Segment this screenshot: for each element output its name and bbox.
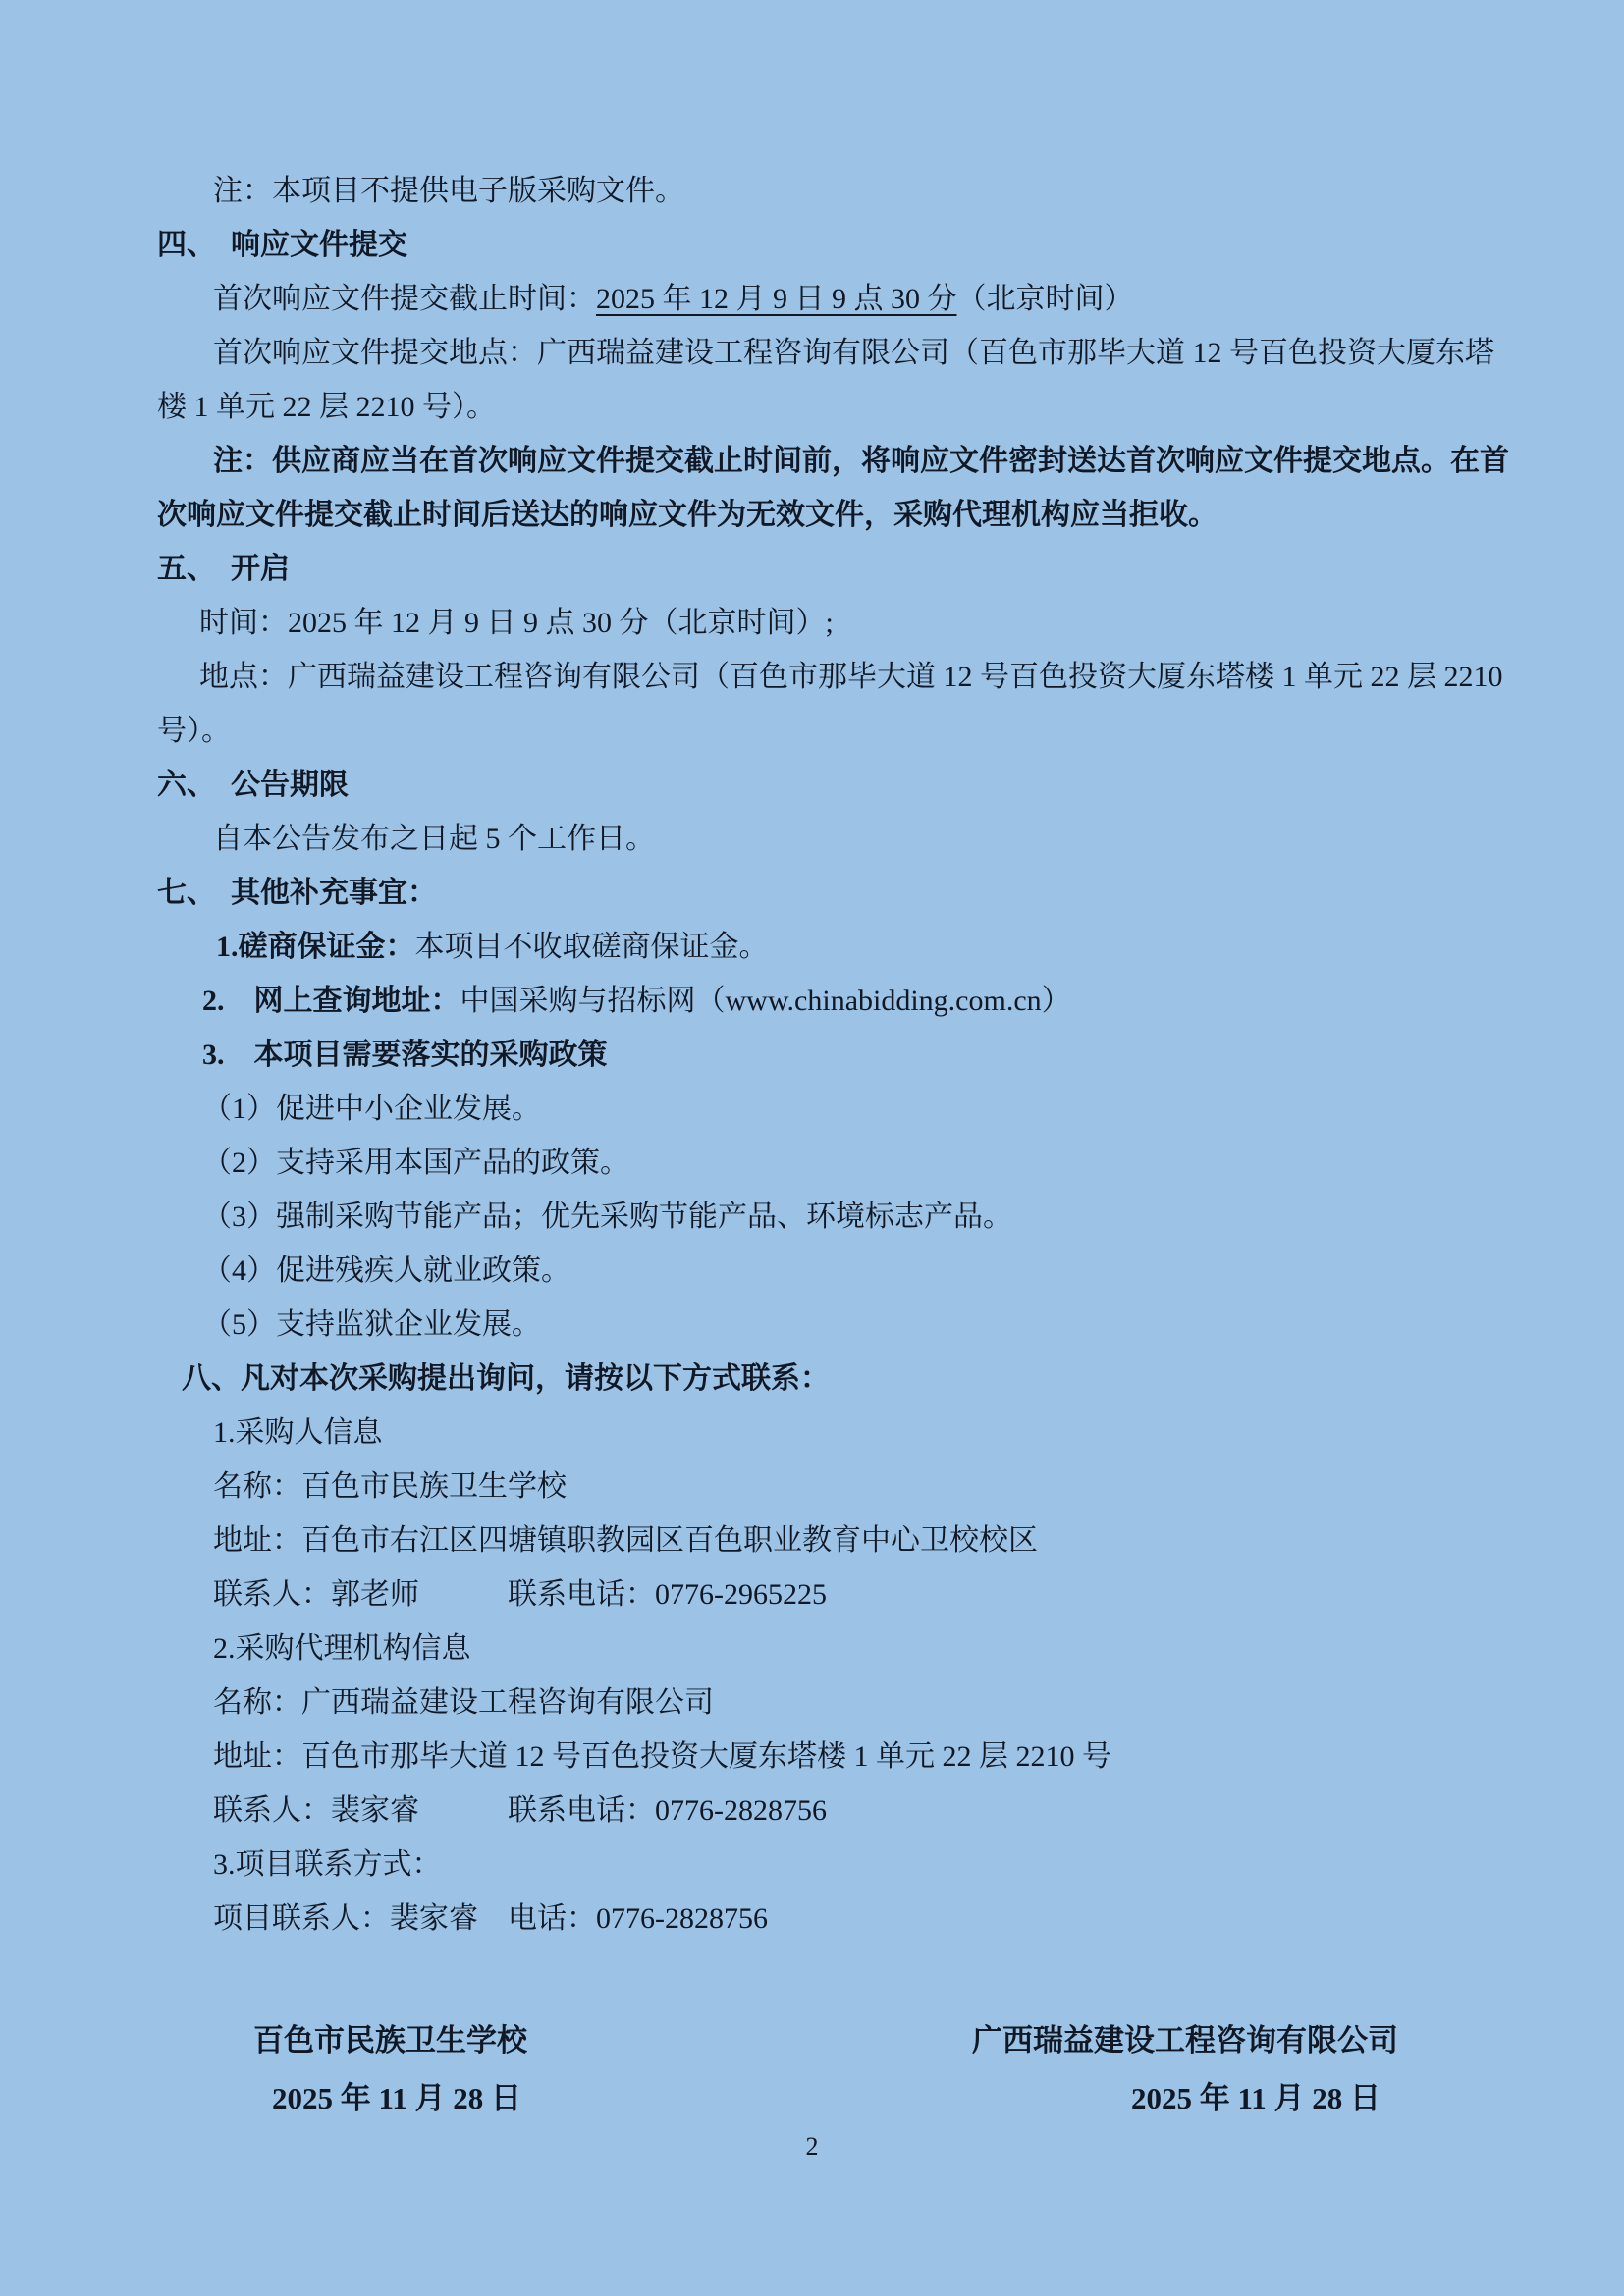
- section8-heading: 八、凡对本次采购提出询问，请按以下方式联系：: [157, 1352, 1467, 1406]
- purchaser-contact: 联系人：郭老师 联系电话：0776-2965225: [157, 1568, 1467, 1622]
- project-contact-line: 项目联系人：裴家睿 电话：0776-2828756: [157, 1892, 1467, 1946]
- document-body: 注：本项目不提供电子版采购文件。 四、 响应文件提交 首次响应文件提交截止时间：…: [157, 164, 1467, 1946]
- policy-item-4: （4）促进残疾人就业政策。: [157, 1244, 1467, 1298]
- note-no-electronic-file: 注：本项目不提供电子版采购文件。: [157, 164, 1467, 218]
- deadline-datetime-underlined: 2025 年 12 月 9 日 9 点 30 分: [596, 283, 957, 315]
- deposit-item-line: 1.磋商保证金：本项目不收取磋商保证金。: [157, 920, 1467, 974]
- online-query-text: 中国采购与招标网（www.chinabidding.com.cn）: [460, 985, 1071, 1017]
- purchaser-name: 名称：百色市民族卫生学校: [157, 1460, 1467, 1514]
- footer-agency-org: 广西瑞益建设工程咨询有限公司: [972, 2024, 1398, 2057]
- purchaser-address: 地址：百色市右江区四塘镇职教园区百色职业教育中心卫校校区: [157, 1514, 1467, 1568]
- online-query-label: 2. 网上查询地址：: [202, 985, 460, 1017]
- section6-heading: 六、 公告期限: [157, 758, 1467, 812]
- agency-contact: 联系人：裴家睿 联系电话：0776-2828756: [157, 1784, 1467, 1838]
- section7-heading: 七、 其他补充事宜：: [157, 866, 1467, 920]
- agency-info-title: 2.采购代理机构信息: [157, 1622, 1467, 1676]
- purchaser-info-title: 1.采购人信息: [157, 1406, 1467, 1460]
- deadline-label: 首次响应文件提交截止时间：: [213, 283, 596, 315]
- deposit-text: 本项目不收取磋商保证金。: [415, 931, 769, 963]
- procurement-policy-heading: 3. 本项目需要落实的采购政策: [157, 1028, 1467, 1082]
- submission-note-line2: 次响应文件提交截止时间后送达的响应文件为无效文件，采购代理机构应当拒收。: [157, 488, 1467, 542]
- submission-note-line1: 注：供应商应当在首次响应文件提交截止时间前，将响应文件密封送达首次响应文件提交地…: [157, 434, 1467, 488]
- section4-heading: 四、 响应文件提交: [157, 218, 1467, 272]
- policy-item-2: （2）支持采用本国产品的政策。: [157, 1136, 1467, 1190]
- opening-place-line2: 号）。: [157, 704, 1467, 758]
- policy-item-1: （1）促进中小企业发展。: [157, 1082, 1467, 1136]
- project-contact-title: 3.项目联系方式：: [157, 1838, 1467, 1892]
- announcement-period-line: 自本公告发布之日起 5 个工作日。: [157, 812, 1467, 866]
- online-query-line: 2. 网上查询地址：中国采购与招标网（www.chinabidding.com.…: [157, 974, 1467, 1028]
- agency-address: 地址：百色市那毕大道 12 号百色投资大厦东塔楼 1 单元 22 层 2210 …: [157, 1730, 1467, 1784]
- footer-purchaser-date: 2025 年 11 月 28 日: [272, 2082, 521, 2115]
- submission-location-line2: 楼 1 单元 22 层 2210 号）。: [157, 380, 1467, 434]
- deadline-line: 首次响应文件提交截止时间：2025 年 12 月 9 日 9 点 30 分（北京…: [157, 272, 1467, 326]
- opening-place-line1: 地点：广西瑞益建设工程咨询有限公司（百色市那毕大道 12 号百色投资大厦东塔楼 …: [157, 650, 1467, 704]
- policy-item-5: （5）支持监狱企业发展。: [157, 1298, 1467, 1352]
- page-number: 2: [0, 2132, 1624, 2162]
- footer-purchaser-org: 百色市民族卫生学校: [253, 2024, 527, 2057]
- document-page: 注：本项目不提供电子版采购文件。 四、 响应文件提交 首次响应文件提交截止时间：…: [0, 0, 1624, 2296]
- deposit-label: 1.磋商保证金：: [216, 931, 415, 963]
- footer-agency-date: 2025 年 11 月 28 日: [1131, 2082, 1380, 2115]
- policy-item-3: （3）强制采购节能产品；优先采购节能产品、环境标志产品。: [157, 1190, 1467, 1244]
- section5-heading: 五、 开启: [157, 542, 1467, 596]
- agency-name: 名称：广西瑞益建设工程咨询有限公司: [157, 1676, 1467, 1730]
- deadline-timezone: （北京时间）: [957, 283, 1134, 315]
- opening-time-line: 时间：2025 年 12 月 9 日 9 点 30 分（北京时间）;: [157, 596, 1467, 650]
- submission-location-line1: 首次响应文件提交地点：广西瑞益建设工程咨询有限公司（百色市那毕大道 12 号百色…: [157, 326, 1467, 380]
